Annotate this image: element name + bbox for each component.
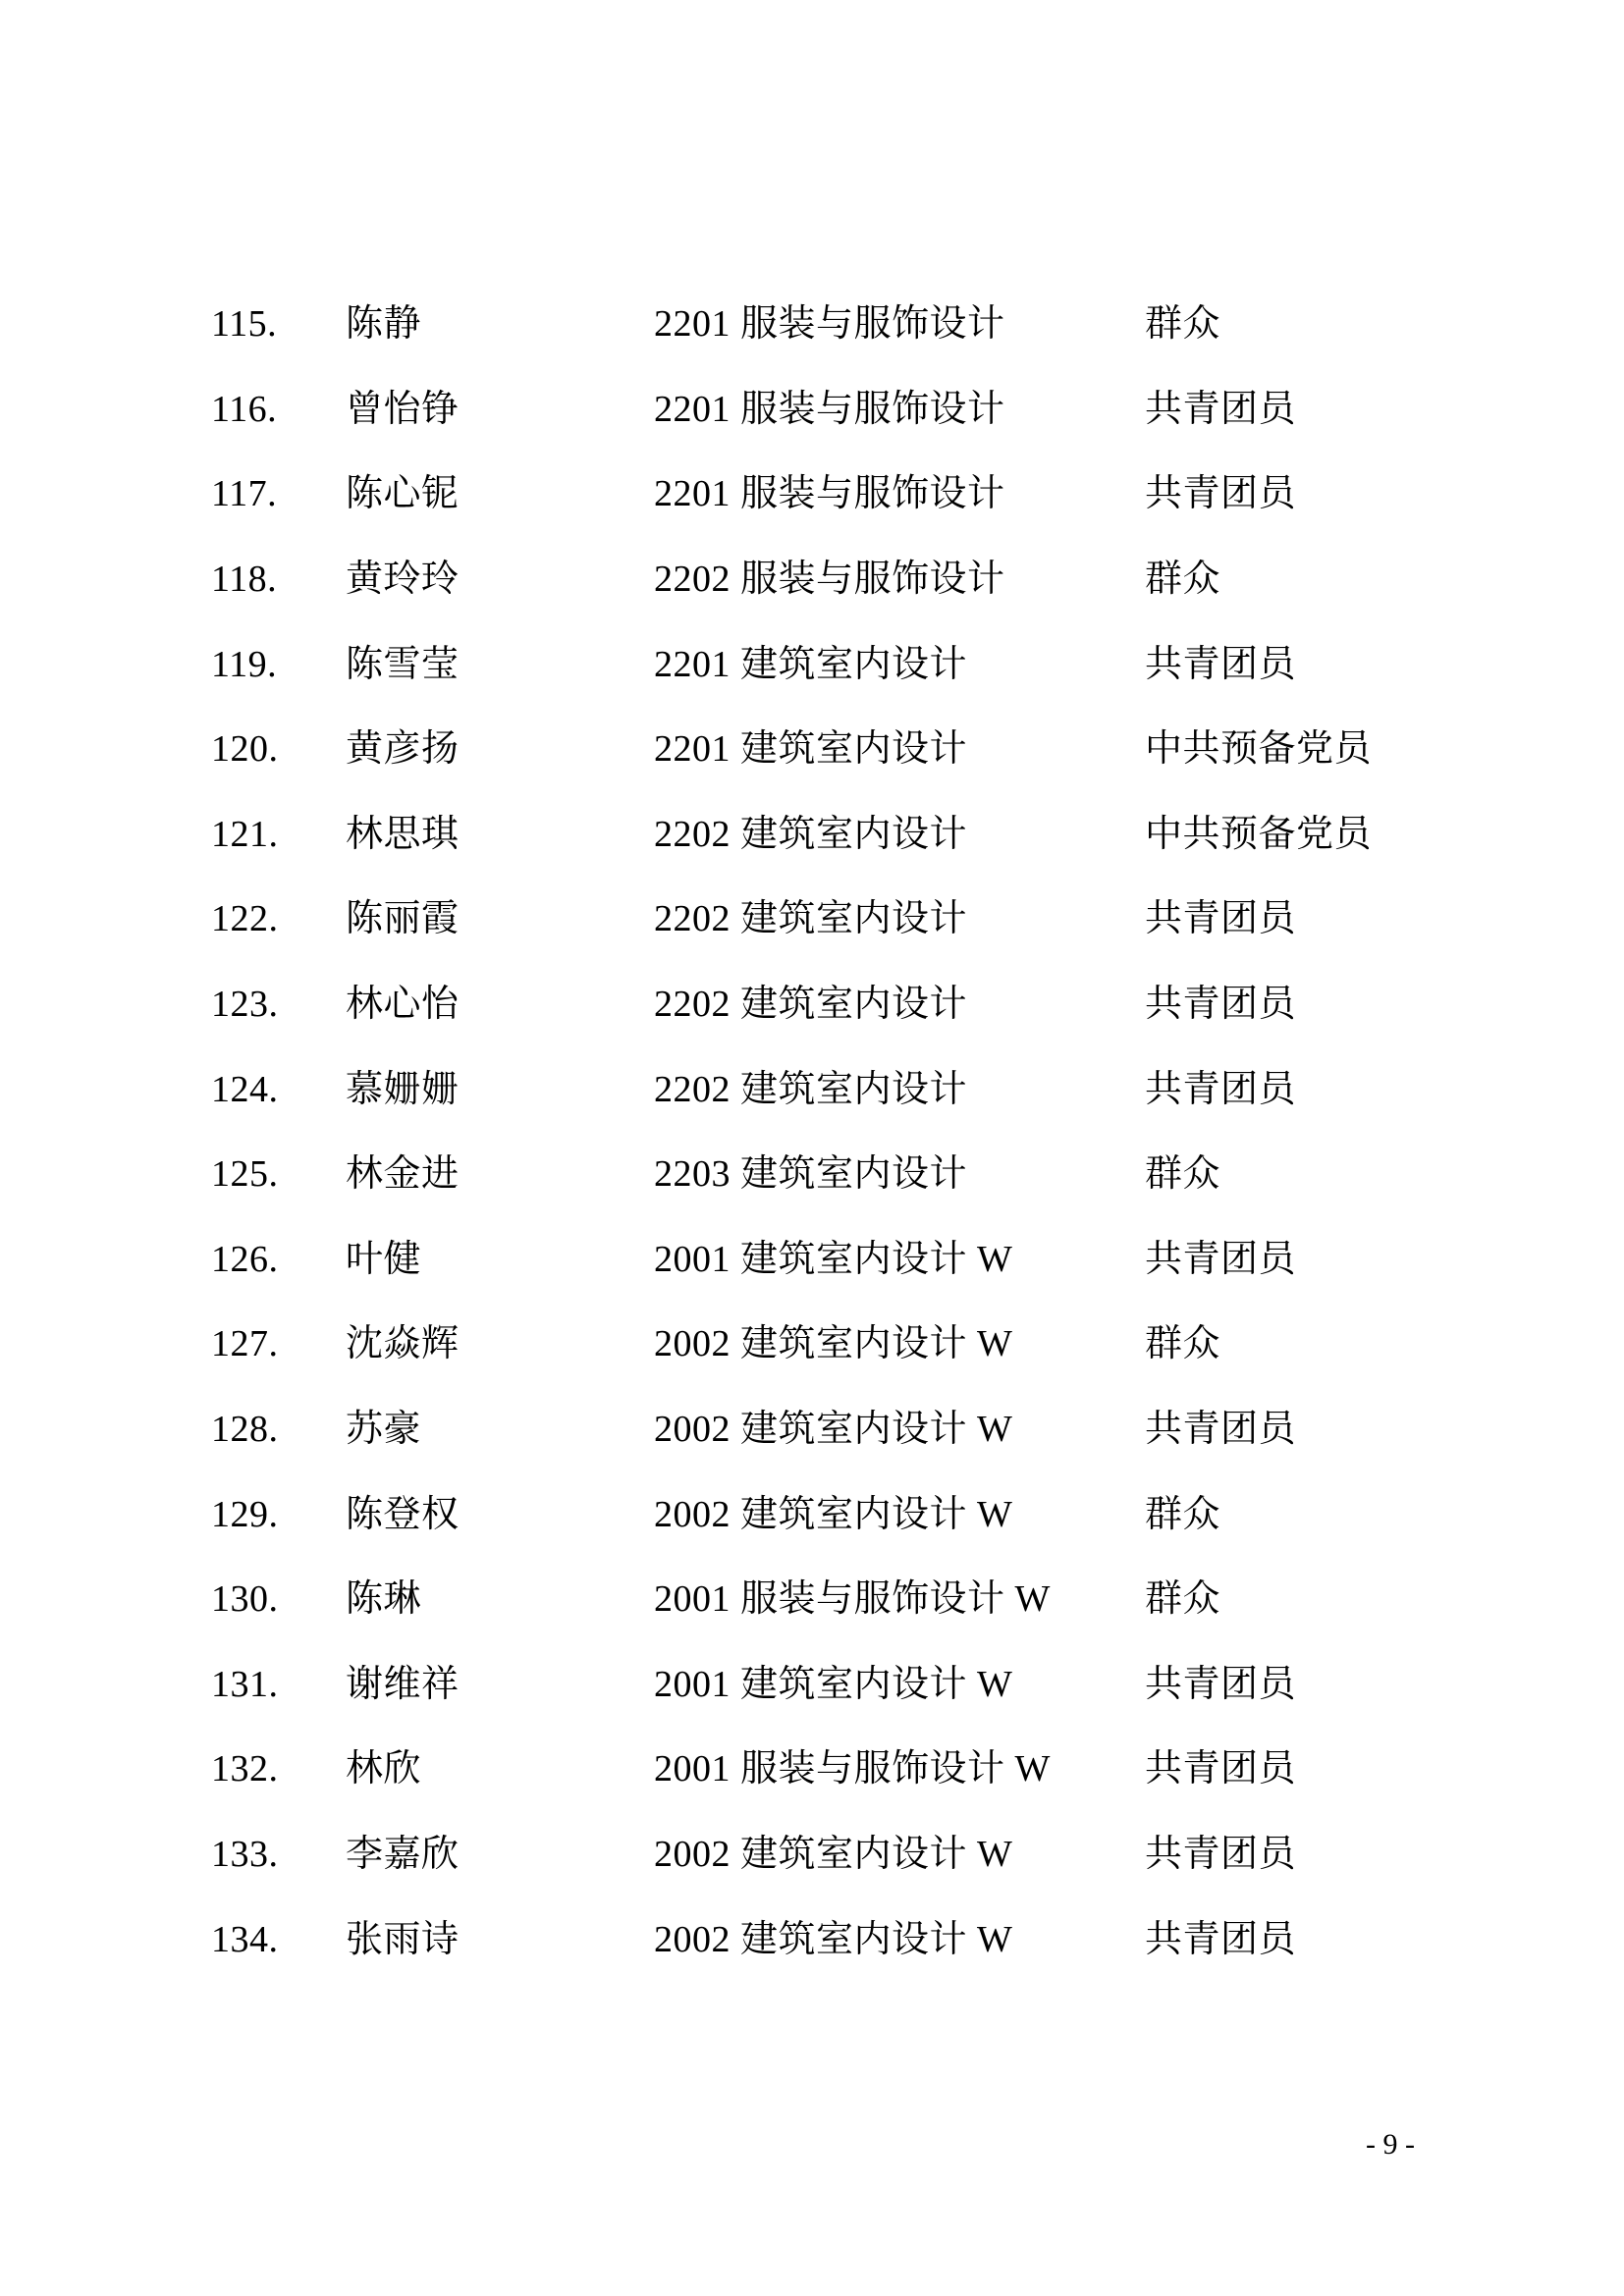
row-number: 128. (211, 1411, 346, 1448)
political-status: 共青团员 (1145, 1836, 1624, 1873)
table-row: 134. 张雨诗 2002 建筑室内设计 W 共青团员 (0, 1896, 1624, 1982)
student-name: 陈丽霞 (346, 900, 654, 937)
table-row: 131. 谢维祥 2001 建筑室内设计 W 共青团员 (0, 1642, 1624, 1728)
student-name: 林金进 (346, 1155, 654, 1193)
political-status: 共青团员 (1145, 1750, 1624, 1788)
student-name: 慕姗姗 (346, 1071, 654, 1108)
student-name: 谢维祥 (346, 1666, 654, 1703)
student-list: 115. 陈静 2201 服装与服饰设计 群众 116. 曾怡铮 2201 服装… (0, 282, 1624, 1982)
political-status: 共青团员 (1145, 646, 1624, 683)
class-major: 2201 服装与服饰设计 (654, 305, 1145, 343)
table-row: 122. 陈丽霞 2202 建筑室内设计 共青团员 (0, 877, 1624, 962)
table-row: 132. 林欣 2001 服装与服饰设计 W 共青团员 (0, 1727, 1624, 1812)
table-row: 119. 陈雪莹 2201 建筑室内设计 共青团员 (0, 621, 1624, 707)
student-name: 张雨诗 (346, 1921, 654, 1958)
table-row: 115. 陈静 2201 服装与服饰设计 群众 (0, 282, 1624, 367)
political-status: 群众 (1145, 305, 1624, 343)
student-name: 曾怡铮 (346, 391, 654, 428)
row-number: 115. (211, 305, 346, 343)
table-row: 133. 李嘉欣 2002 建筑室内设计 W 共青团员 (0, 1812, 1624, 1897)
row-number: 130. (211, 1580, 346, 1618)
class-major: 2201 服装与服饰设计 (654, 475, 1145, 512)
row-number: 118. (211, 561, 346, 598)
student-name: 陈登权 (346, 1496, 654, 1533)
row-number: 126. (211, 1241, 346, 1278)
class-major: 2202 建筑室内设计 (654, 1071, 1145, 1108)
table-row: 118. 黄玲玲 2202 服装与服饰设计 群众 (0, 537, 1624, 622)
table-row: 121. 林思琪 2202 建筑室内设计 中共预备党员 (0, 792, 1624, 878)
row-number: 133. (211, 1836, 346, 1873)
class-major: 2002 建筑室内设计 W (654, 1921, 1145, 1958)
student-name: 林欣 (346, 1750, 654, 1788)
class-major: 2202 建筑室内设计 (654, 816, 1145, 853)
class-major: 2001 建筑室内设计 W (654, 1241, 1145, 1278)
table-row: 126. 叶健 2001 建筑室内设计 W 共青团员 (0, 1217, 1624, 1303)
political-status: 共青团员 (1145, 1241, 1624, 1278)
political-status: 中共预备党员 (1145, 816, 1624, 853)
row-number: 122. (211, 900, 346, 937)
table-row: 130. 陈琳 2001 服装与服饰设计 W 群众 (0, 1557, 1624, 1642)
row-number: 129. (211, 1496, 346, 1533)
political-status: 共青团员 (1145, 475, 1624, 512)
student-name: 黄玲玲 (346, 561, 654, 598)
row-number: 124. (211, 1071, 346, 1108)
class-major: 2201 建筑室内设计 (654, 646, 1145, 683)
table-row: 123. 林心怡 2202 建筑室内设计 共青团员 (0, 962, 1624, 1047)
document-page: 115. 陈静 2201 服装与服饰设计 群众 116. 曾怡铮 2201 服装… (0, 0, 1624, 2296)
student-name: 陈静 (346, 305, 654, 343)
political-status: 群众 (1145, 1580, 1624, 1618)
class-major: 2001 服装与服饰设计 W (654, 1750, 1145, 1788)
political-status: 共青团员 (1145, 900, 1624, 937)
political-status: 中共预备党员 (1145, 730, 1624, 768)
page-number: - 9 - (1366, 2128, 1415, 2162)
student-name: 叶健 (346, 1241, 654, 1278)
student-name: 沈焱辉 (346, 1325, 654, 1362)
row-number: 121. (211, 816, 346, 853)
political-status: 共青团员 (1145, 391, 1624, 428)
class-major: 2001 服装与服饰设计 W (654, 1580, 1145, 1618)
student-name: 陈琳 (346, 1580, 654, 1618)
class-major: 2002 建筑室内设计 W (654, 1836, 1145, 1873)
political-status: 共青团员 (1145, 1921, 1624, 1958)
student-name: 陈雪莹 (346, 646, 654, 683)
class-major: 2002 建筑室内设计 W (654, 1411, 1145, 1448)
table-row: 128. 苏豪 2002 建筑室内设计 W 共青团员 (0, 1387, 1624, 1472)
student-name: 陈心铌 (346, 475, 654, 512)
row-number: 125. (211, 1155, 346, 1193)
political-status: 共青团员 (1145, 1071, 1624, 1108)
table-row: 120. 黄彦扬 2201 建筑室内设计 中共预备党员 (0, 707, 1624, 792)
political-status: 共青团员 (1145, 1666, 1624, 1703)
row-number: 123. (211, 986, 346, 1023)
political-status: 共青团员 (1145, 1411, 1624, 1448)
row-number: 117. (211, 475, 346, 512)
row-number: 131. (211, 1666, 346, 1703)
class-major: 2001 建筑室内设计 W (654, 1666, 1145, 1703)
student-name: 黄彦扬 (346, 730, 654, 768)
row-number: 132. (211, 1750, 346, 1788)
table-row: 117. 陈心铌 2201 服装与服饰设计 共青团员 (0, 452, 1624, 537)
class-major: 2202 服装与服饰设计 (654, 561, 1145, 598)
table-row: 127. 沈焱辉 2002 建筑室内设计 W 群众 (0, 1302, 1624, 1387)
class-major: 2201 建筑室内设计 (654, 730, 1145, 768)
class-major: 2202 建筑室内设计 (654, 986, 1145, 1023)
row-number: 119. (211, 646, 346, 683)
student-name: 李嘉欣 (346, 1836, 654, 1873)
table-row: 124. 慕姗姗 2202 建筑室内设计 共青团员 (0, 1046, 1624, 1132)
table-row: 129. 陈登权 2002 建筑室内设计 W 群众 (0, 1471, 1624, 1557)
row-number: 134. (211, 1921, 346, 1958)
political-status: 共青团员 (1145, 986, 1624, 1023)
student-name: 苏豪 (346, 1411, 654, 1448)
political-status: 群众 (1145, 561, 1624, 598)
row-number: 120. (211, 730, 346, 768)
row-number: 127. (211, 1325, 346, 1362)
student-name: 林思琪 (346, 816, 654, 853)
table-row: 125. 林金进 2203 建筑室内设计 群众 (0, 1132, 1624, 1217)
row-number: 116. (211, 391, 346, 428)
political-status: 群众 (1145, 1325, 1624, 1362)
class-major: 2203 建筑室内设计 (654, 1155, 1145, 1193)
class-major: 2002 建筑室内设计 W (654, 1496, 1145, 1533)
student-name: 林心怡 (346, 986, 654, 1023)
political-status: 群众 (1145, 1496, 1624, 1533)
class-major: 2202 建筑室内设计 (654, 900, 1145, 937)
table-row: 116. 曾怡铮 2201 服装与服饰设计 共青团员 (0, 367, 1624, 453)
class-major: 2201 服装与服饰设计 (654, 391, 1145, 428)
class-major: 2002 建筑室内设计 W (654, 1325, 1145, 1362)
political-status: 群众 (1145, 1155, 1624, 1193)
